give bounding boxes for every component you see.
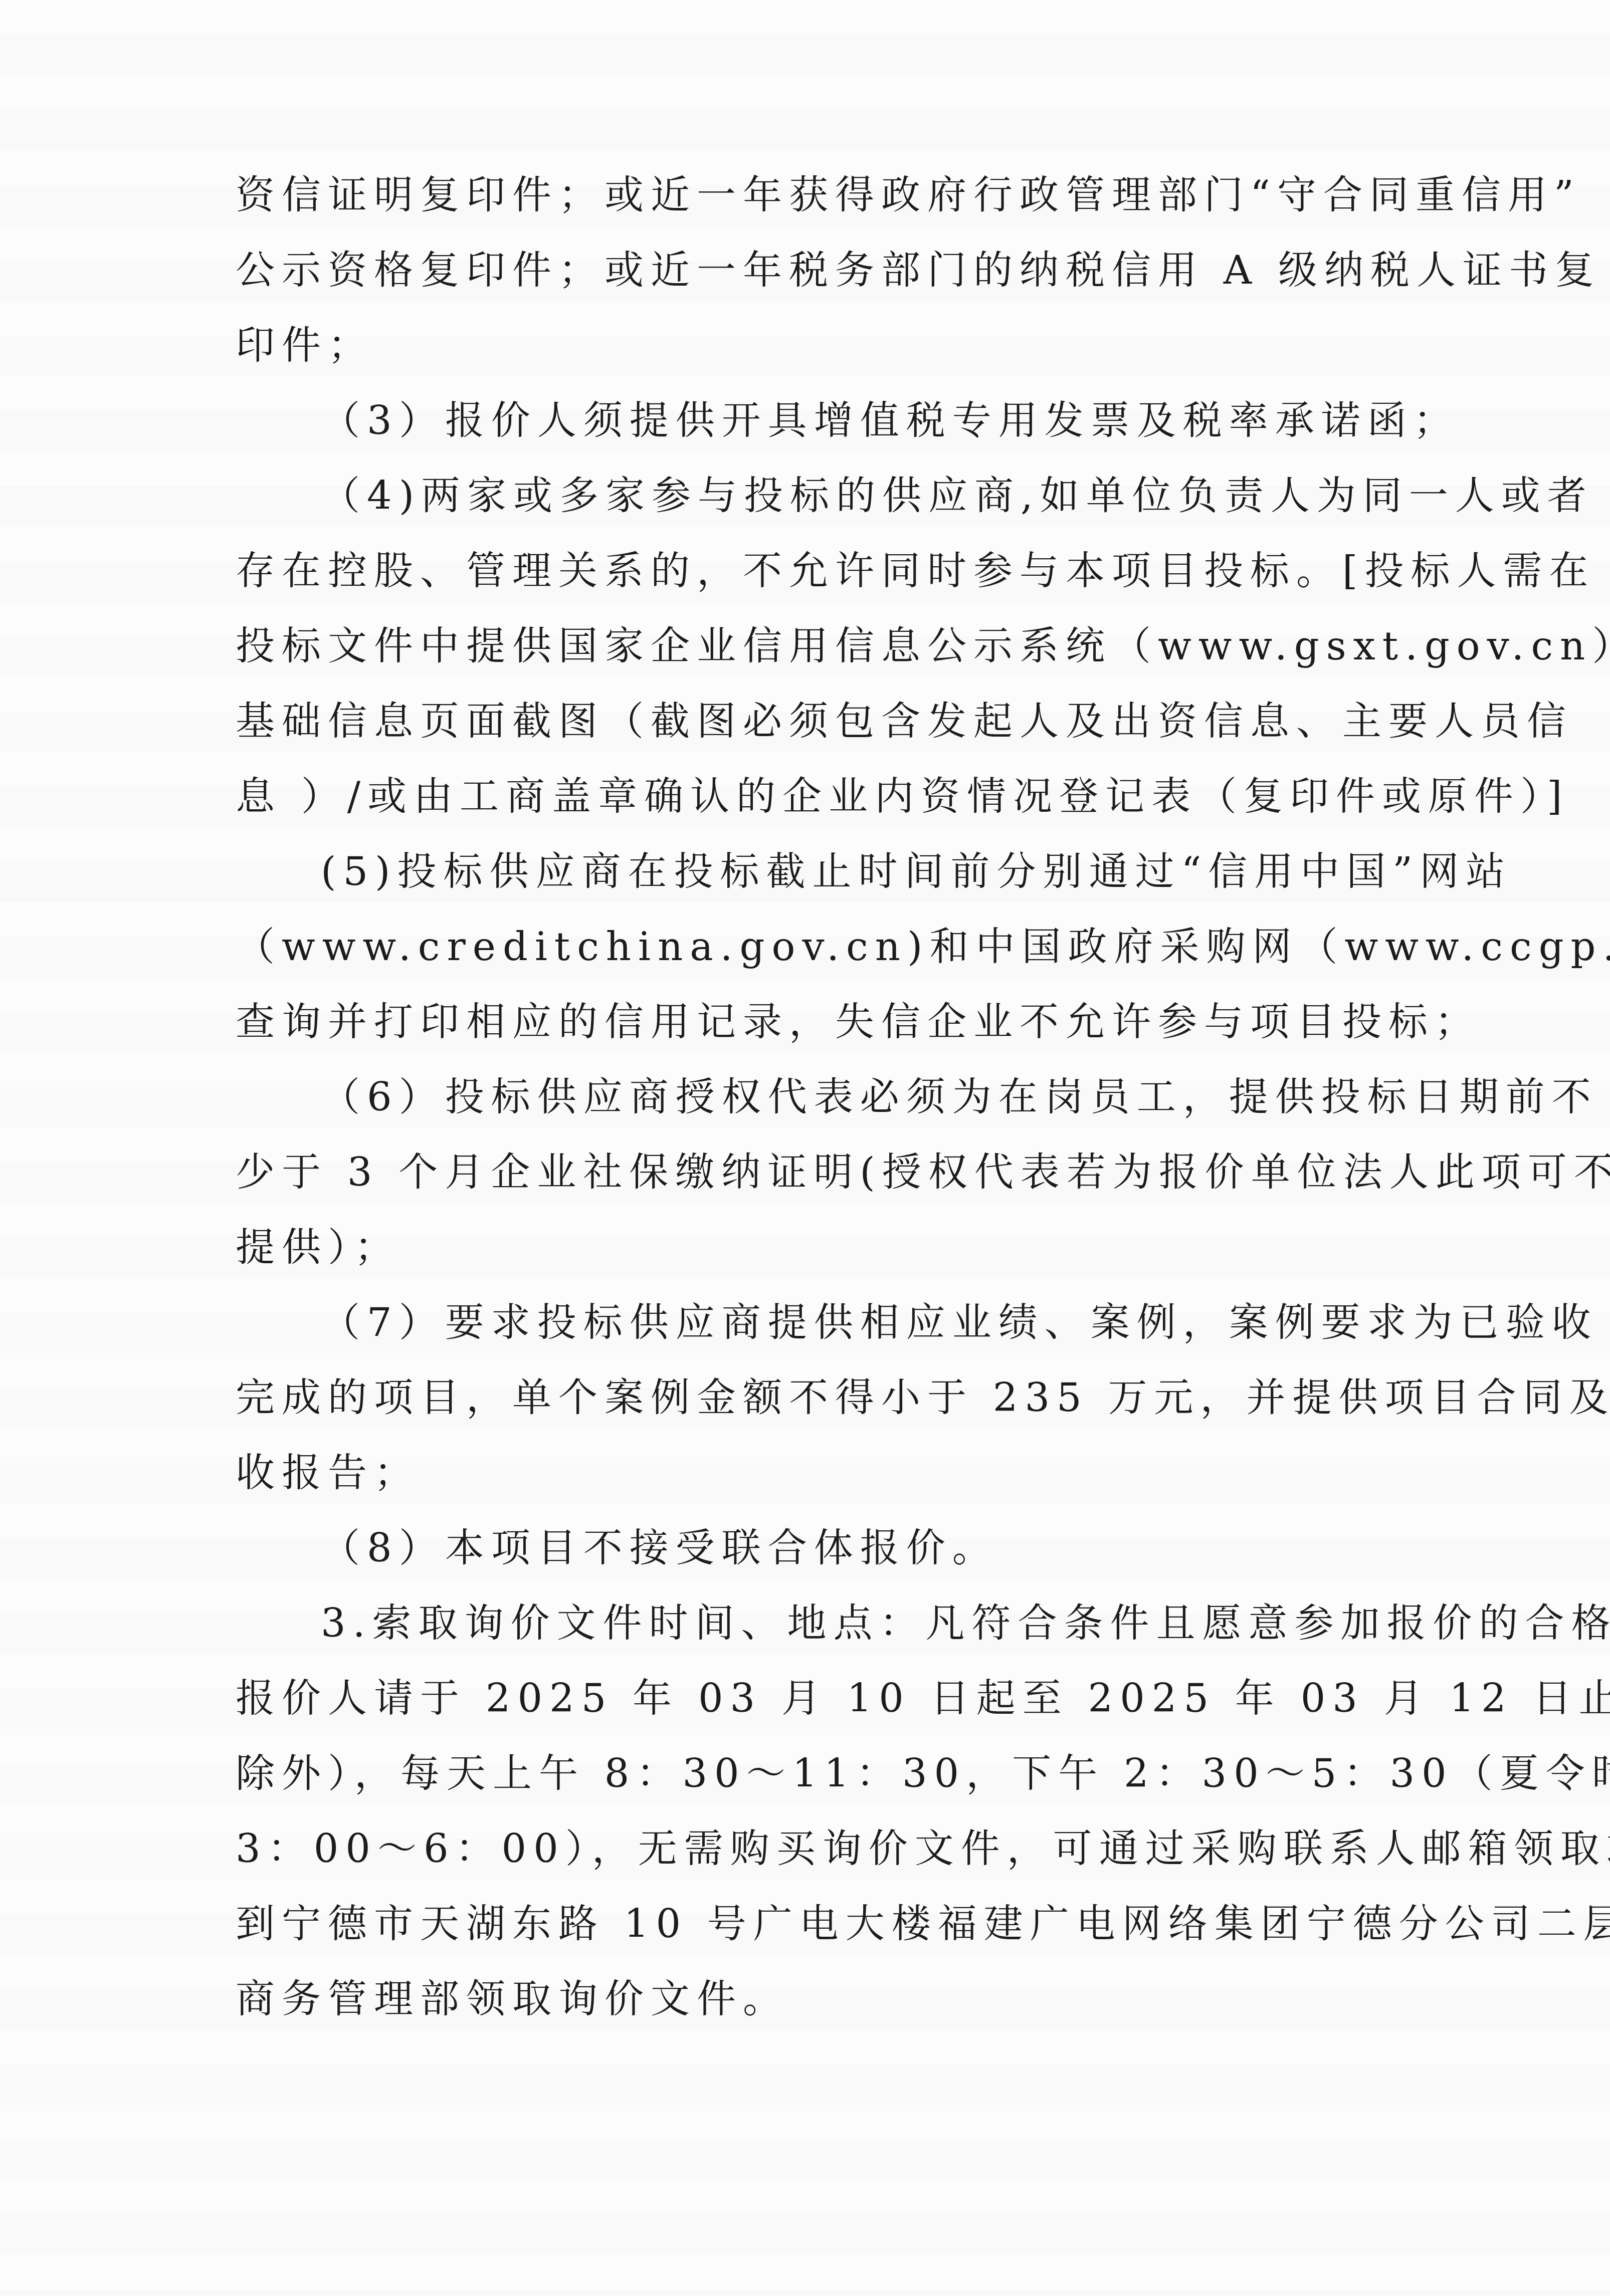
item-5-line-1: (5)投标供应商在投标截止时间前分别通过“信用中国”网站: [321, 844, 1512, 899]
section-3-line-3: 除外），每天上午 8：30～11：30，下午 2：30～5：30（夏令时下午: [236, 1746, 1610, 1801]
section-3-line-5: 到宁德市天湖东路 10 号广电大楼福建广电网络集团宁德分公司二层: [236, 1897, 1610, 1952]
item-5-line-2: （www.creditchina.gov.cn)和中国政府采购网（www.ccg…: [236, 920, 1610, 975]
item-4-line-4: 基础信息页面截图（截图必须包含发起人及出资信息、主要人员信: [236, 694, 1573, 749]
section-3-line-6: 商务管理部领取询价文件。: [236, 1972, 789, 2027]
item-6-line-3: 提供）；: [236, 1220, 400, 1275]
item-5-line-3: 查询并打印相应的信用记录，失信企业不允许参与项目投标；: [236, 995, 1481, 1050]
line-3: 印件；: [236, 318, 374, 373]
item-7-line-2: 完成的项目，单个案例金额不得小于 235 万元，并提供项目合同及验: [236, 1370, 1610, 1426]
item-4-line-5: 息 ）/或由工商盖章确认的企业内资情况登记表（复印件或原件）]: [236, 769, 1569, 824]
item-3-line-1: （3）报价人须提供开具增值税专用发票及税率承诺函；: [321, 393, 1460, 448]
section-3-line-4: 3：00～6：00），无需购买询价文件，可通过采购联系人邮箱领取或: [236, 1821, 1610, 1877]
line-2: 公示资格复印件；或近一年税务部门的纳税信用 A 级纳税人证书复: [236, 243, 1601, 298]
item-6-line-2: 少于 3 个月企业社保缴纳证明(授权代表若为报价单位法人此项可不: [236, 1145, 1610, 1200]
item-7-line-1: （7）要求投标供应商提供相应业绩、案例，案例要求为已验收: [321, 1295, 1598, 1350]
item-4-line-1: （4)两家或多家参与投标的供应商,如单位负责人为同一人或者: [321, 469, 1593, 524]
item-4-line-2: 存在控股、管理关系的，不允许同时参与本项目投标。[投标人需在: [236, 544, 1595, 599]
section-3-line-1: 3.索取询价文件时间、地点：凡符合条件且愿意参加报价的合格: [321, 1596, 1610, 1651]
line-1: 资信证明复印件；或近一年获得政府行政管理部门“守合同重信用”: [236, 168, 1581, 223]
item-6-line-1: （6）投标供应商授权代表必须为在岗员工，提供投标日期前不: [321, 1070, 1598, 1125]
section-3-line-2: 报价人请于 2025 年 03 月 10 日起至 2025 年 03 月 12 …: [236, 1671, 1610, 1726]
item-8-line-1: （8）本项目不接受联合体报价。: [321, 1521, 998, 1576]
scanned-document-page: 资信证明复印件；或近一年获得政府行政管理部门“守合同重信用” 公示资格复印件；或…: [0, 0, 1610, 2296]
item-4-line-3: 投标文件中提供国家企业信用信息公示系统（www.gsxt.gov.cn）中: [236, 619, 1610, 674]
item-7-line-3: 收报告；: [236, 1446, 420, 1501]
